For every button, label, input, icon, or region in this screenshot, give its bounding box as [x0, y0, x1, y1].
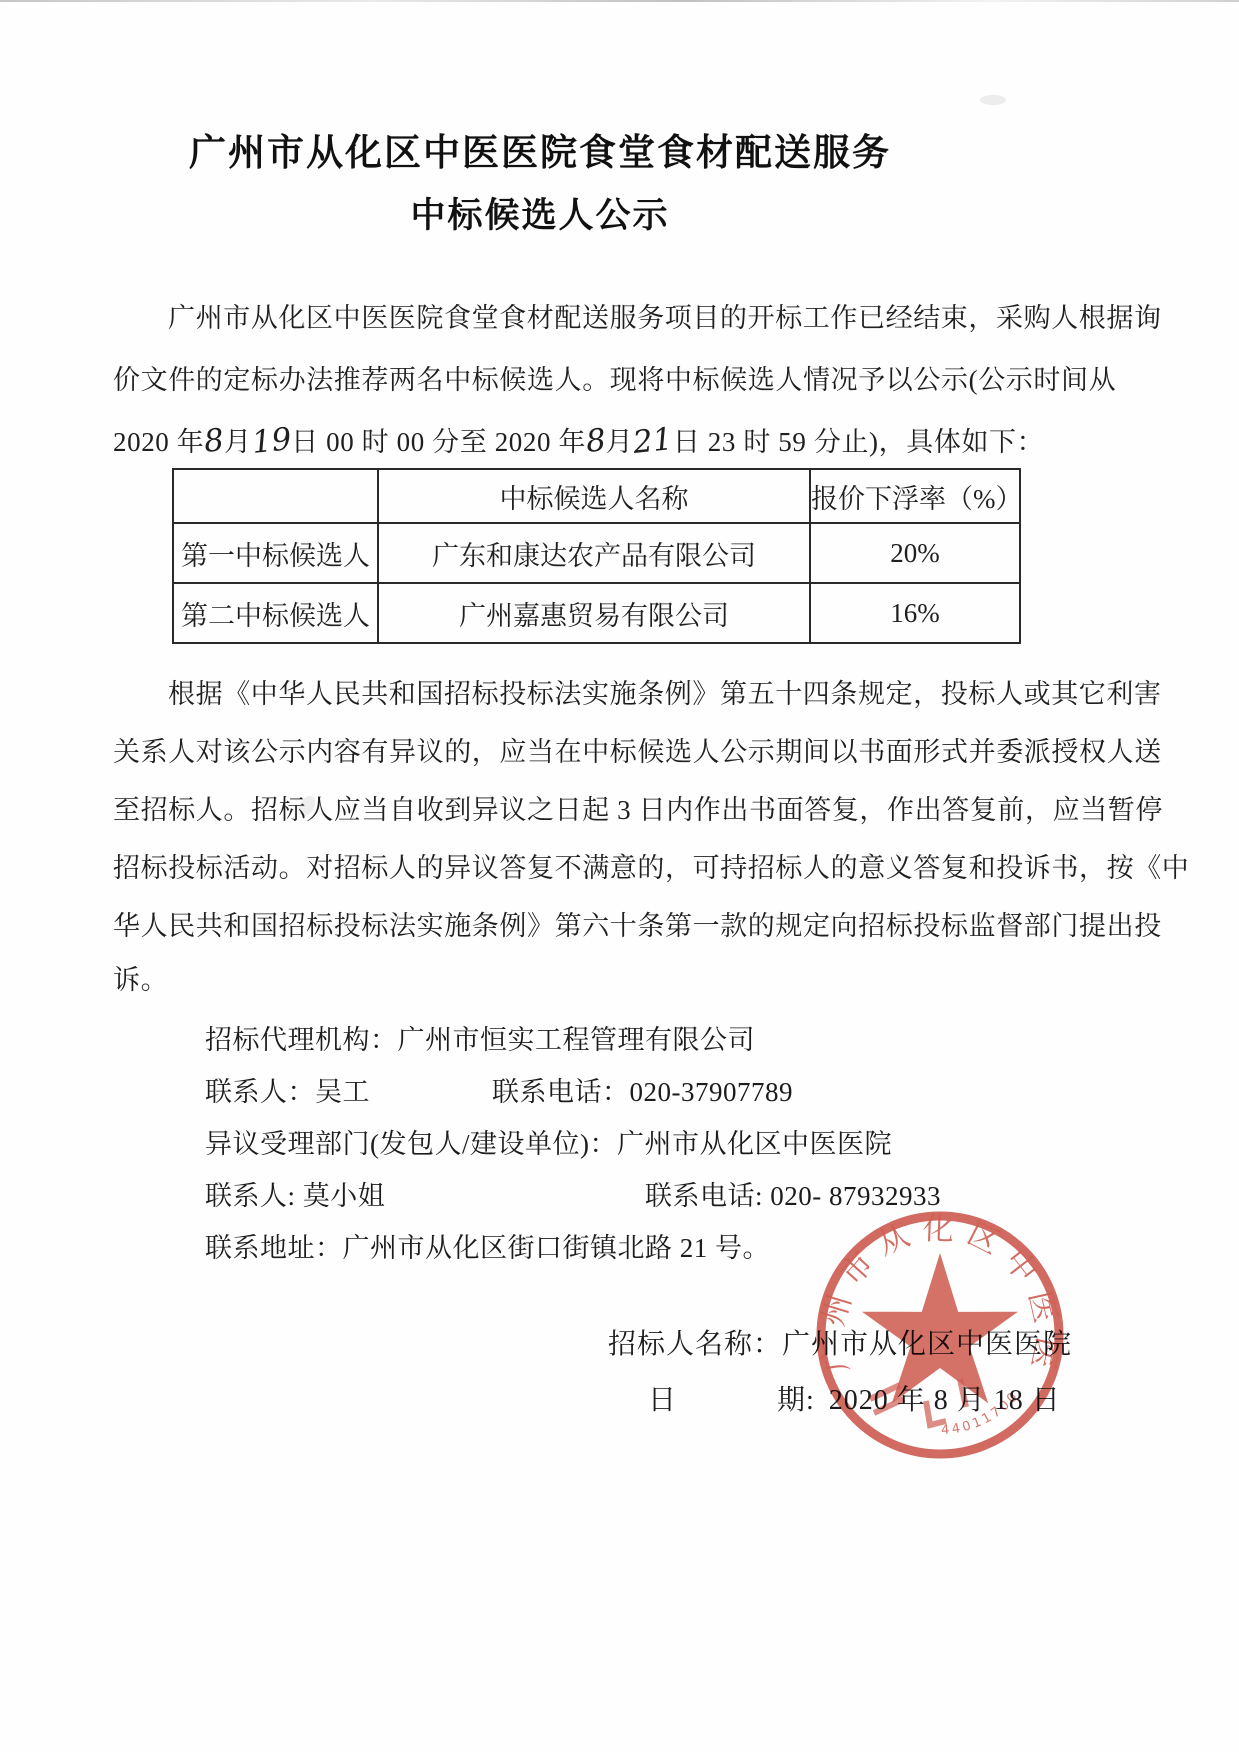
cell-rate-1: 20% [810, 523, 1020, 583]
document-title-line2: 中标候选人公示 [0, 188, 1080, 238]
contact1-name: 联系人：吴工 [205, 1070, 370, 1109]
scan-smudge [980, 95, 1006, 105]
cell-company-2: 广州嘉惠贸易有限公司 [378, 583, 810, 643]
table-row: 第一中标候选人 广东和康达农产品有限公司 20% [173, 523, 1020, 583]
cell-rate-2: 16% [810, 583, 1020, 643]
para1-line3: 2020 年8月19日 00 时 00 分至 2020 年8月21日 23 时 … [113, 420, 1044, 459]
handwritten-month-2: 8 [584, 422, 607, 460]
header-discount-rate: 报价下浮率（%） [810, 469, 1020, 523]
handwritten-month-1: 8 [203, 422, 226, 460]
scanned-notice-page: { "title": { "line1": "广州市从化区中医医院食堂食材配送服… [0, 0, 1239, 1752]
date-text: 日 23 时 59 分止)，具体如下： [673, 427, 1044, 457]
para2-line5: 华人民共和国招标投标法实施条例》第六十条第一款的规定向招标投标监督部门提出投 [113, 904, 1162, 943]
header-candidate-name: 中标候选人名称 [378, 469, 810, 523]
dept-line: 异议受理部门(发包人/建设单位)：广州市从化区中医医院 [205, 1122, 892, 1161]
cell-rank-1: 第一中标候选人 [173, 523, 378, 583]
address-line: 联系地址：广州市从化区街口街镇北路 21 号。 [205, 1226, 770, 1265]
header-blank [173, 469, 378, 523]
cell-rank-2: 第二中标候选人 [173, 583, 378, 643]
contact1-phone: 联系电话：020-37907789 [492, 1070, 793, 1109]
seal-smudge-marks [870, 1379, 966, 1425]
tenderer-name-label: 招标人名称： [608, 1329, 782, 1360]
date-text: 月 [224, 427, 252, 457]
para1-line2: 价文件的定标办法推荐两名中标候选人。现将中标候选人情况予以公示(公示时间从 [113, 358, 1116, 397]
para2-line2: 关系人对该公示内容有异议的，应当在中标候选人公示期间以书面形式并委派授权人送 [113, 730, 1162, 769]
para2-line4: 招标投标活动。对招标人的异议答复不满意的，可持招标人的意义答复和投诉书，按《中 [113, 846, 1189, 885]
handwritten-day-1: 19 [250, 421, 293, 461]
table-row: 第二中标候选人 广州嘉惠贸易有限公司 16% [173, 583, 1020, 643]
date-text: 日 00 时 00 分至 2020 年 [291, 427, 586, 457]
cell-company-1: 广东和康达农产品有限公司 [378, 523, 810, 583]
contact2-name: 联系人: 莫小姐 [205, 1174, 385, 1213]
date-text: 2020 年 [113, 427, 204, 457]
document-title-line1: 广州市从化区中医医院食堂食材配送服务 [0, 122, 1080, 176]
agency-line: 招标代理机构：广州市恒实工程管理有限公司 [205, 1018, 755, 1057]
seal-graphic: 广州市从化区中医医院 4401170028 [808, 1203, 1072, 1467]
para2-line1: 根据《中华人民共和国招标投标法实施条例》第五十四条规定，投标人或其它利害 [168, 672, 1162, 711]
candidates-table: 中标候选人名称 报价下浮率（%） 第一中标候选人 广东和康达农产品有限公司 20… [172, 468, 1021, 644]
para2-line3: 至招标人。招标人应当自收到异议之日起 3 日内作出书面答复，作出答复前，应当暂停 [113, 788, 1163, 827]
table-header-row: 中标候选人名称 报价下浮率（%） [173, 469, 1020, 523]
seal-star-icon [862, 1253, 1018, 1403]
para1-line1: 广州市从化区中医医院食堂食材配送服务项目的开标工作已经结束，采购人根据询 [168, 296, 1162, 335]
scan-top-edge-artifact [0, 0, 1239, 2]
handwritten-day-2: 21 [632, 421, 675, 461]
official-red-seal: 广州市从化区中医医院 4401170028 [808, 1203, 1072, 1467]
date-word-part1: 日 [648, 1385, 677, 1416]
date-text: 月 [606, 427, 634, 457]
para2-line6: 诉。 [113, 958, 168, 997]
